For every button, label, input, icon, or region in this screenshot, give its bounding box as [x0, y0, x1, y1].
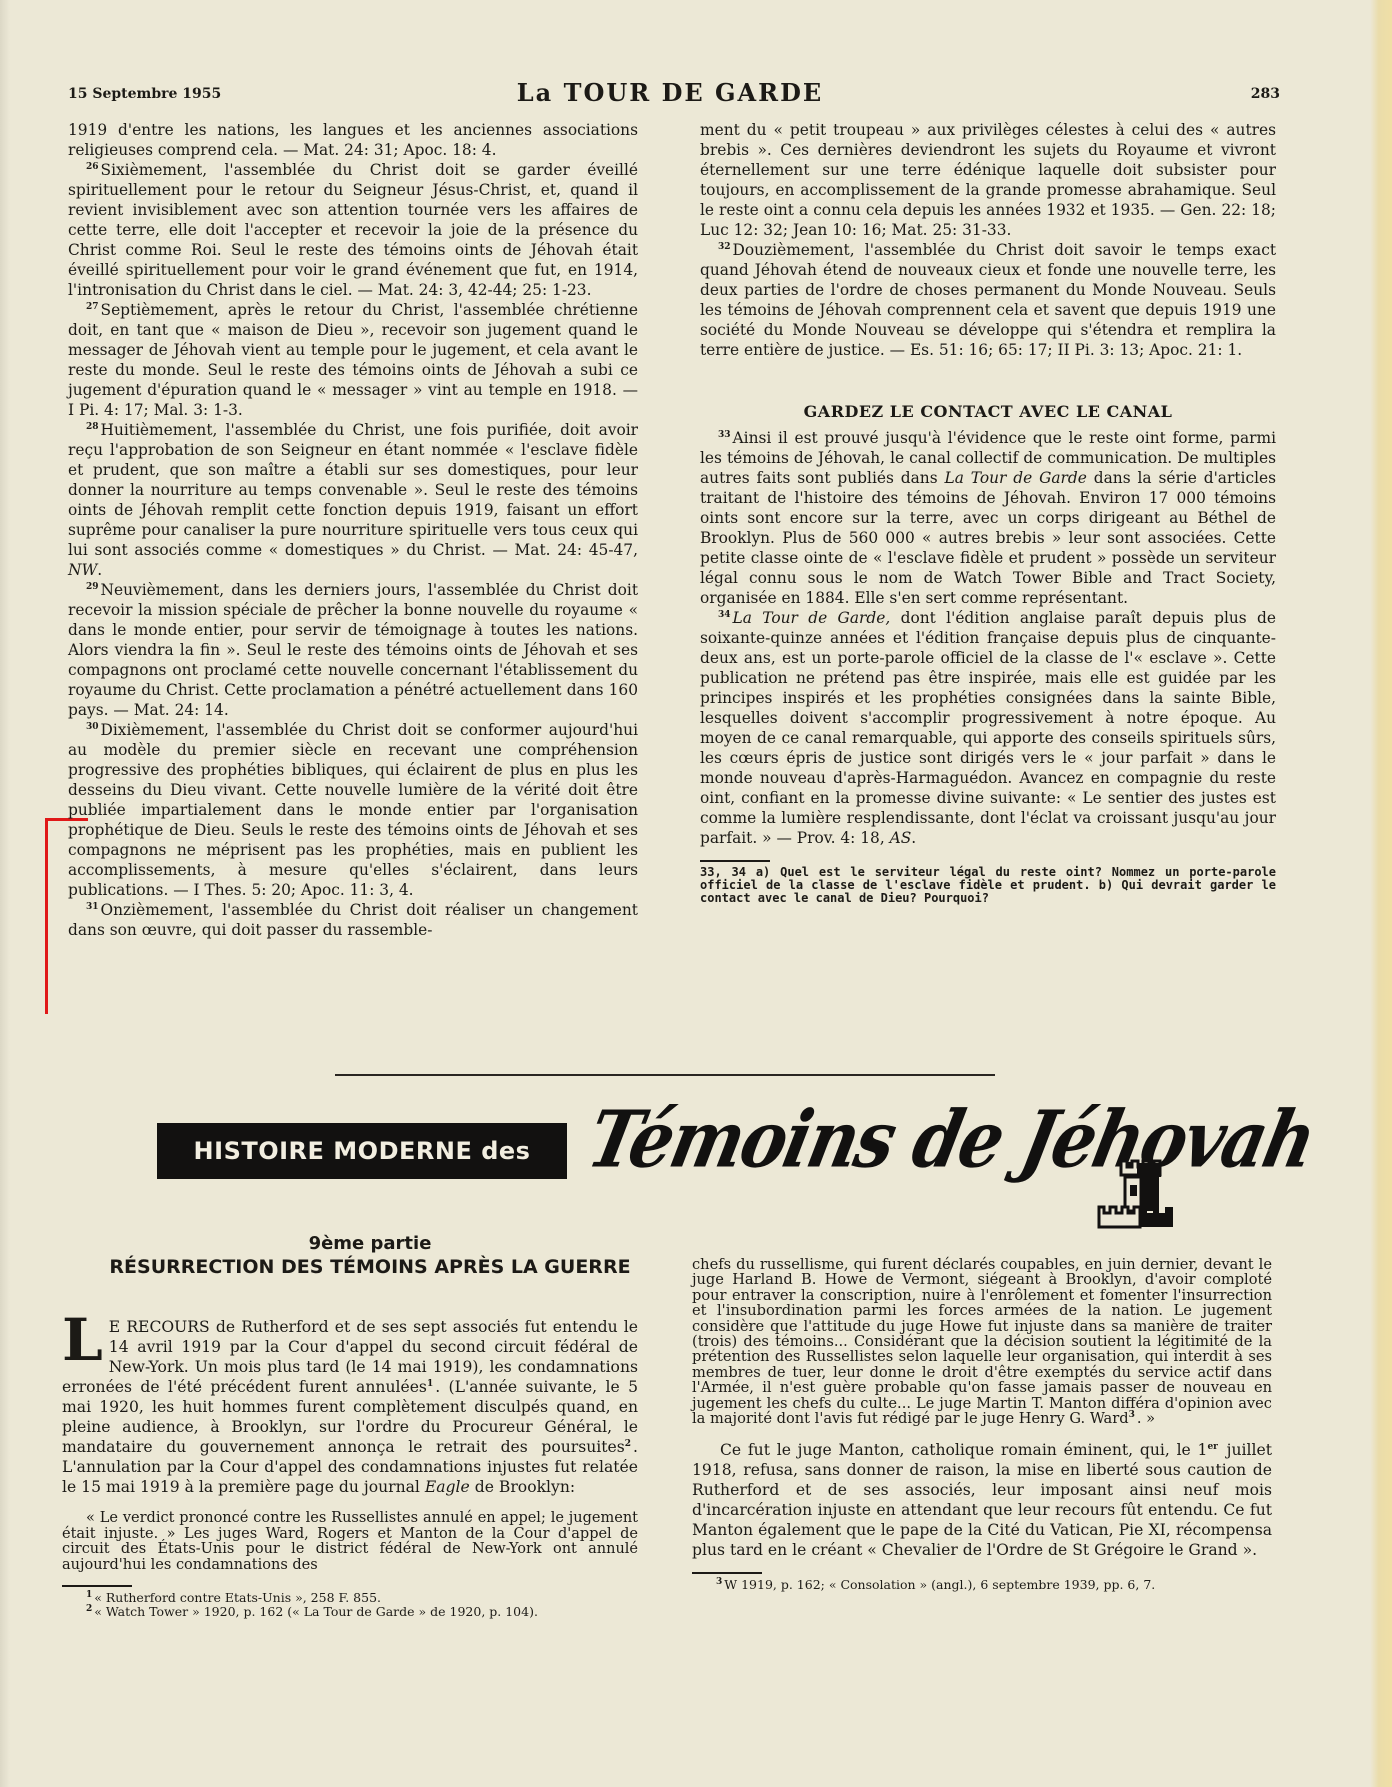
article-column-right: chefs du russellisme, qui furent déclaré…: [692, 1257, 1272, 1592]
footnote: 2« Watch Tower » 1920, p. 162 (« La Tour…: [62, 1605, 638, 1619]
newspaper-quote-start: « Le verdict prononcé contre les Russell…: [62, 1511, 638, 1573]
footnotes-right: 3W 1919, p. 162; « Consolation » (angl.)…: [692, 1578, 1272, 1592]
article-body: Ce fut le juge Manton, catholique romain…: [692, 1440, 1272, 1560]
newspaper-quote-continuation: chefs du russellisme, qui furent déclaré…: [692, 1257, 1272, 1426]
page-number: 283: [1251, 86, 1280, 102]
article-lead-paragraph: LE RECOURS de Rutherford et de ses sept …: [62, 1317, 638, 1497]
article-title: RÉSURRECTION DES TÉMOINS APRÈS LA GUERRE: [60, 1255, 680, 1279]
paragraph-30: 30Dixièmement, l'assemblée du Christ doi…: [68, 720, 638, 900]
paragraph-continuation: 1919 d'entre les nations, les langues et…: [68, 120, 638, 160]
article-header: 9ème partie RÉSURRECTION DES TÉMOINS APR…: [60, 1233, 680, 1279]
paragraph-33: 33Ainsi il est prouvé jusqu'à l'évidence…: [700, 428, 1276, 608]
page-header: 15 Septembre 1955 La TOUR DE GARDE 283: [60, 84, 1280, 114]
footnotes-left: 1« Rutherford contre Etats-Unis », 258 F…: [62, 1591, 638, 1619]
paragraph-32: 32Douzièmement, l'assemblée du Christ do…: [700, 240, 1276, 360]
column-left: 1919 d'entre les nations, les langues et…: [68, 120, 638, 940]
tower-icon: [1095, 1155, 1177, 1231]
section-divider: [335, 1074, 995, 1076]
paragraph-continuation: ment du « petit troupeau » aux privilège…: [700, 120, 1276, 240]
footnote-rule: [692, 1572, 762, 1574]
page-left-edge: [0, 0, 10, 1787]
footnote: 1« Rutherford contre Etats-Unis », 258 F…: [62, 1591, 638, 1605]
article-column-left: LE RECOURS de Rutherford et de ses sept …: [62, 1317, 638, 1619]
series-script-title: Témoins de Jéhovah: [580, 1094, 1322, 1186]
drop-cap: L: [62, 1318, 103, 1362]
article-part: 9ème partie: [60, 1233, 680, 1255]
paragraph-34: 34La Tour de Garde, dont l'édition angla…: [700, 608, 1276, 848]
section-heading: GARDEZ LE CONTACT AVEC LE CANAL: [700, 402, 1276, 422]
paragraph-29: 29Neuvièmement, dans les derniers jours,…: [68, 580, 638, 720]
column-right: ment du « petit troupeau » aux privilège…: [700, 120, 1276, 905]
footnote-rule: [62, 1585, 132, 1587]
paragraph-27: 27Septièmement, après le retour du Chris…: [68, 300, 638, 420]
paragraph-28: 28Huitièmement, l'assemblée du Christ, u…: [68, 420, 638, 580]
magazine-title: La TOUR DE GARDE: [60, 78, 1280, 107]
footnote: 3W 1919, p. 162; « Consolation » (angl.)…: [692, 1578, 1272, 1592]
paragraph-31: 31Onzièmement, l'assemblée du Christ doi…: [68, 900, 638, 940]
series-banner-label: HISTOIRE MODERNE des: [157, 1123, 567, 1179]
page-right-edge: [1370, 0, 1392, 1787]
footnote-rule: [700, 860, 770, 862]
study-questions: 33, 34 a) Quel est le serviteur légal du…: [700, 866, 1276, 905]
paragraph-26: 26Sixièmement, l'assemblée du Christ doi…: [68, 160, 638, 300]
